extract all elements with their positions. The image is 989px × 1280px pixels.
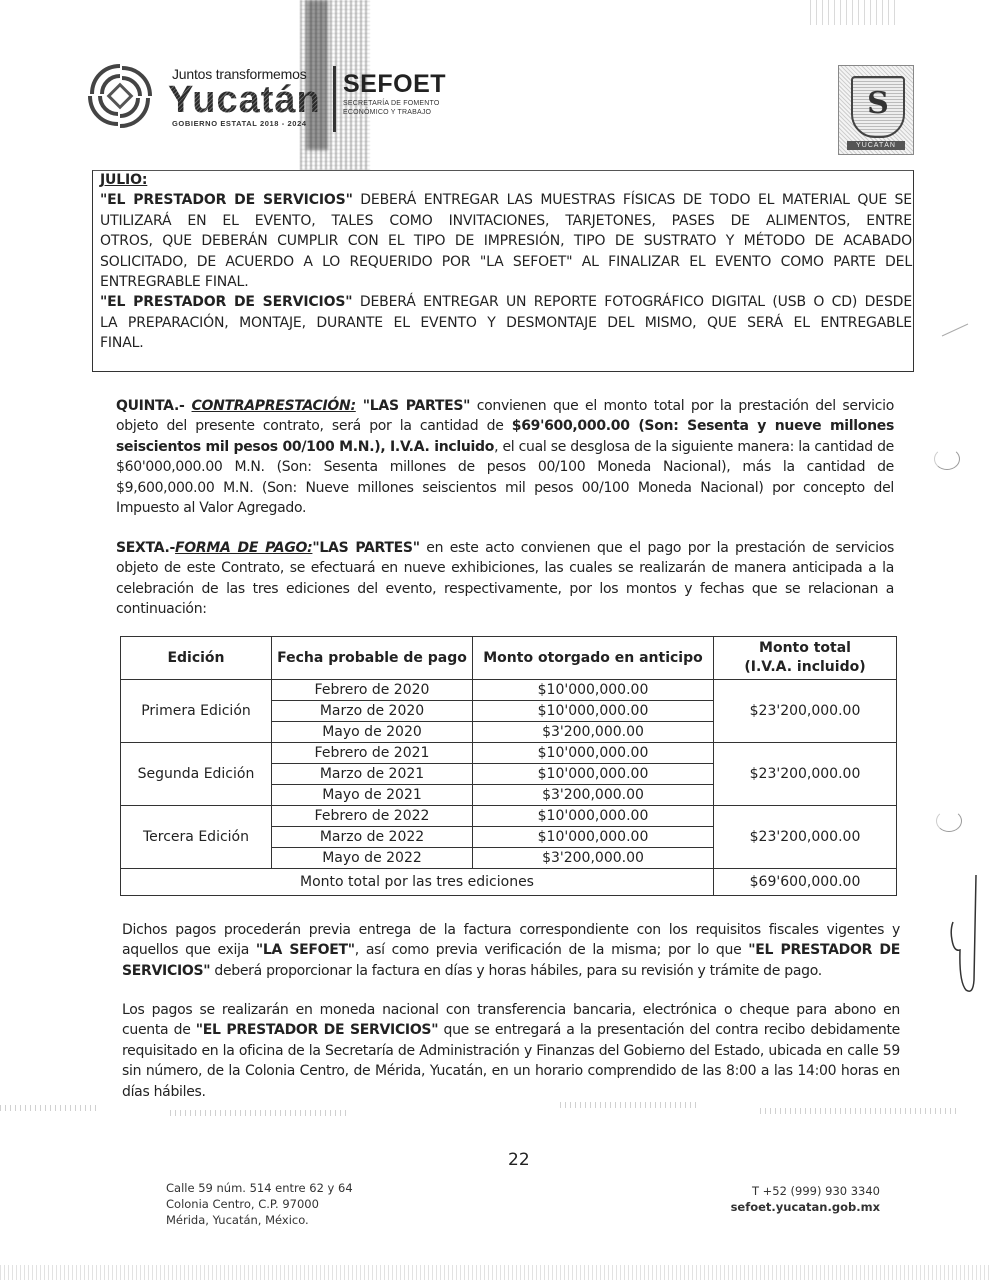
- invoice-paragraph: Dichos pagos procederán previa entrega d…: [122, 920, 900, 981]
- table-row: Tercera EdiciónFebrero de 2022$10'000,00…: [121, 806, 897, 827]
- grand-total-value: $69'600,000.00: [714, 869, 897, 896]
- party-name: "EL PRESTADOR DE SERVICIOS": [100, 294, 352, 310]
- table-row: Primera EdiciónFebrero de 2020$10'000,00…: [121, 680, 897, 701]
- header-date: Fecha probable de pago: [272, 637, 473, 680]
- signature-initials-icon: [944, 870, 984, 1000]
- brand-government: GOBIERNO ESTATAL 2018 - 2024: [172, 119, 307, 128]
- payment-date: Marzo de 2022: [272, 827, 473, 848]
- header-total: Monto total (I.V.A. incluido): [714, 637, 897, 680]
- payment-date: Febrero de 2022: [272, 806, 473, 827]
- clause-sexta: SEXTA.-FORMA DE PAGO:"LAS PARTES" en est…: [116, 538, 894, 620]
- footer-address: Calle 59 núm. 514 entre 62 y 64 Colonia …: [166, 1180, 353, 1228]
- payment-date: Mayo de 2020: [272, 722, 473, 743]
- clause-quinta: QUINTA.- CONTRAPRESTACIÓN: "LAS PARTES" …: [116, 396, 894, 518]
- scan-noise: [810, 0, 900, 25]
- clause-heading: FORMA DE PAGO:: [175, 540, 312, 556]
- payment-amount: $10'000,000.00: [473, 764, 714, 785]
- payment-amount: $3'200,000.00: [473, 785, 714, 806]
- payment-amount: $10'000,000.00: [473, 827, 714, 848]
- coat-of-arms: S YUCATÁN: [838, 65, 914, 155]
- header-divider: [333, 66, 336, 132]
- julio-title: JULIO:: [100, 172, 147, 188]
- payment-amount: $10'000,000.00: [473, 680, 714, 701]
- agency-name-line: SECRETARÍA DE FOMENTO: [343, 99, 453, 108]
- clause-number: QUINTA.-: [116, 398, 192, 414]
- payment-date: Mayo de 2021: [272, 785, 473, 806]
- edition-total: $23'200,000.00: [714, 806, 897, 869]
- julio-section: JULIO: "EL PRESTADOR DE SERVICIOS" DEBER…: [100, 170, 912, 354]
- scan-noise: [760, 1108, 960, 1114]
- clause-number: SEXTA.-: [116, 540, 175, 556]
- margin-stroke-icon: [940, 310, 970, 340]
- grand-total-label: Monto total por las tres ediciones: [121, 869, 714, 896]
- payment-date: Mayo de 2022: [272, 848, 473, 869]
- edition-name: Primera Edición: [121, 680, 272, 743]
- scan-noise: [306, 0, 328, 150]
- clause-heading: CONTRAPRESTACIÓN:: [192, 398, 356, 414]
- header-edition: Edición: [121, 637, 272, 680]
- table-row: Segunda EdiciónFebrero de 2021$10'000,00…: [121, 743, 897, 764]
- payment-schedule-table: Edición Fecha probable de pago Monto oto…: [120, 636, 897, 896]
- payment-date: Marzo de 2020: [272, 701, 473, 722]
- edition-name: Tercera Edición: [121, 806, 272, 869]
- footer-contact: T +52 (999) 930 3340 sefoet.yucatan.gob.…: [730, 1183, 880, 1215]
- shield-icon: S: [851, 76, 905, 138]
- page-number: 22: [508, 1150, 530, 1170]
- payment-date: Febrero de 2020: [272, 680, 473, 701]
- scan-noise: [0, 1105, 100, 1111]
- payment-amount: $3'200,000.00: [473, 848, 714, 869]
- payment-method-paragraph: Los pagos se realizarán en moneda nacion…: [122, 1000, 900, 1102]
- header-advance: Monto otorgado en anticipo: [473, 637, 714, 680]
- payment-amount: $10'000,000.00: [473, 743, 714, 764]
- payment-date: Febrero de 2021: [272, 743, 473, 764]
- margin-initial-mark: [934, 448, 960, 470]
- payment-amount: $3'200,000.00: [473, 722, 714, 743]
- scan-noise: [170, 1110, 350, 1116]
- agency-name: SECRETARÍA DE FOMENTO ECONÓMICO Y TRABAJ…: [343, 99, 453, 117]
- party-name: "EL PRESTADOR DE SERVICIOS": [100, 192, 353, 208]
- edition-name: Segunda Edición: [121, 743, 272, 806]
- edition-total: $23'200,000.00: [714, 680, 897, 743]
- yucatan-emblem-icon: [84, 60, 156, 132]
- payment-amount: $10'000,000.00: [473, 806, 714, 827]
- footer-website: sefoet.yucatan.gob.mx: [730, 1199, 880, 1215]
- shield-label: YUCATÁN: [847, 141, 905, 150]
- table-header-row: Edición Fecha probable de pago Monto oto…: [121, 637, 897, 680]
- agency-name-line: ECONÓMICO Y TRABAJO: [343, 108, 453, 117]
- brand-name: Yucatán: [168, 80, 321, 120]
- scan-noise: [0, 1265, 989, 1280]
- scan-noise: [560, 1102, 700, 1108]
- payment-date: Marzo de 2021: [272, 764, 473, 785]
- edition-total: $23'200,000.00: [714, 743, 897, 806]
- agency-acronym: SEFOET: [343, 70, 446, 99]
- margin-initial-mark: [936, 810, 962, 832]
- footer-phone: T +52 (999) 930 3340: [730, 1183, 880, 1199]
- payment-amount: $10'000,000.00: [473, 701, 714, 722]
- grand-total-row: Monto total por las tres ediciones$69'60…: [121, 869, 897, 896]
